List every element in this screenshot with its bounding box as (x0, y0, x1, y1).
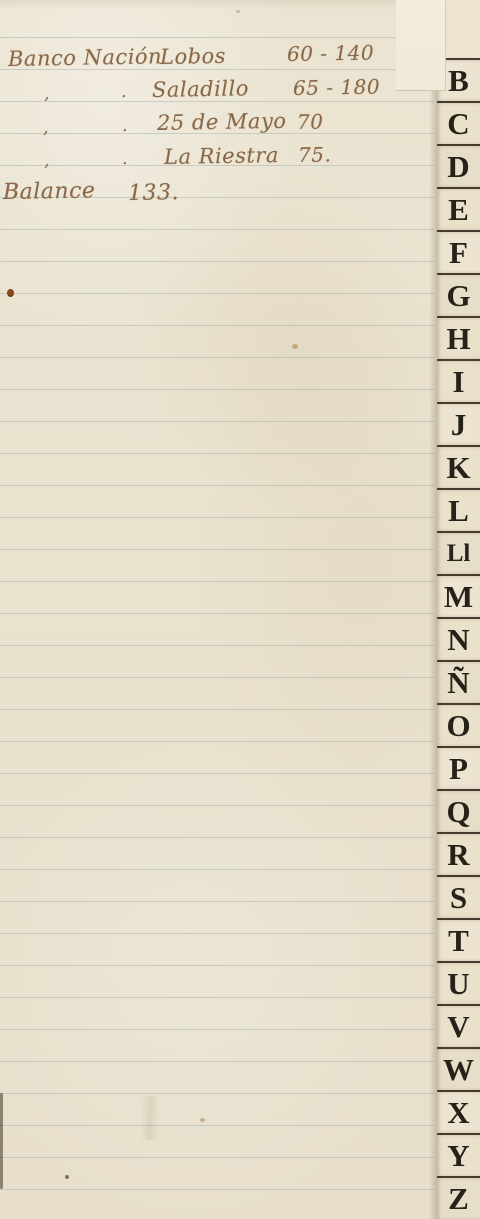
index-tab-f[interactable]: F (437, 230, 480, 273)
index-tab-u[interactable]: U (437, 961, 480, 1004)
index-tab-y[interactable]: Y (437, 1133, 480, 1176)
tab-letter: P (449, 753, 468, 784)
tab-letter: F (449, 237, 468, 268)
balance-folio: 133. (128, 180, 179, 206)
balance-label: Balance (3, 178, 96, 205)
tab-letter: B (448, 65, 469, 96)
tab-letter: C (447, 108, 469, 139)
tab-letter: I (452, 366, 464, 397)
index-tab-v[interactable]: V (437, 1004, 480, 1047)
tab-letter: Y (447, 1140, 469, 1171)
entry-folios: 60 - 140 (287, 40, 375, 66)
tab-letter: U (447, 968, 469, 999)
index-tab-m[interactable]: M (437, 574, 480, 617)
index-tab-t[interactable]: T (437, 918, 480, 961)
ditto-mark: . (121, 82, 127, 102)
tab-letter: X (447, 1097, 469, 1128)
entry-branch: 25 de Mayo (157, 109, 287, 135)
ledger-page: Banco Nación Lobos 60 - 140 , . Saladill… (0, 0, 480, 1219)
index-tab-i[interactable]: I (437, 359, 480, 402)
index-tab-x[interactable]: X (437, 1090, 480, 1133)
page-edge-strip (396, 0, 446, 91)
ditto-mark: , (43, 118, 49, 138)
entry-branch: La Riestra (164, 143, 279, 169)
tab-letter: H (446, 323, 470, 354)
ditto-mark: . (122, 149, 128, 169)
tab-letter: V (447, 1011, 469, 1042)
index-tab-q[interactable]: Q (437, 789, 480, 832)
index-tab-z[interactable]: Z (437, 1176, 480, 1219)
blank-corner-tab (445, 0, 480, 58)
entry-folios: 75. (298, 142, 332, 167)
tab-letter: J (451, 409, 467, 440)
ditto-mark: . (122, 116, 128, 136)
tab-groove-shadow (429, 58, 437, 1219)
index-tab-ñ[interactable]: Ñ (437, 660, 480, 703)
entry-branch: Saladillo (152, 76, 249, 102)
paper-speck (236, 10, 240, 13)
ditto-mark: , (44, 84, 50, 104)
tab-letter: T (448, 925, 469, 956)
index-tab-p[interactable]: P (437, 746, 480, 789)
index-tab-j[interactable]: J (437, 402, 480, 445)
index-tab-d[interactable]: D (437, 144, 480, 187)
index-tab-h[interactable]: H (437, 316, 480, 359)
index-tab-l[interactable]: L (437, 488, 480, 531)
tab-letter: Z (448, 1183, 469, 1214)
tab-letter: S (450, 882, 467, 913)
tab-letter: R (447, 839, 469, 870)
tab-letter: O (446, 710, 470, 741)
entry-folios: 70 (297, 110, 324, 134)
index-tab-k[interactable]: K (437, 445, 480, 488)
tab-letter: M (444, 581, 473, 612)
index-tab-g[interactable]: G (437, 273, 480, 316)
ditto-mark: , (44, 151, 50, 171)
index-tab-n[interactable]: N (437, 617, 480, 660)
tab-letter: E (448, 194, 469, 225)
ink-stain (7, 289, 14, 297)
entry-folios: 65 - 180 (293, 74, 381, 100)
tab-letter: Q (446, 796, 470, 827)
tab-letter: K (446, 452, 470, 483)
tab-letter: Ñ (447, 667, 469, 698)
paper-speck (292, 344, 298, 349)
tab-letter: G (446, 280, 470, 311)
entry-branch: Lobos (160, 44, 226, 69)
paper-speck (65, 1175, 69, 1179)
entry-institution: Banco Nación (8, 44, 163, 71)
tab-letter: W (443, 1054, 474, 1085)
index-tab-ll[interactable]: Ll (437, 531, 480, 574)
index-tab-r[interactable]: R (437, 832, 480, 875)
tab-letter: L (448, 495, 469, 526)
tab-letter: D (447, 151, 469, 182)
index-tab-w[interactable]: W (437, 1047, 480, 1090)
index-tab-c[interactable]: C (437, 101, 480, 144)
paper-crease (0, 1096, 300, 1140)
index-tab-e[interactable]: E (437, 187, 480, 230)
tab-letter: N (447, 624, 469, 655)
alphabet-tab-column: BCDEFGHIJKLLlMNÑOPQRSTUVWXYZ (437, 58, 480, 1219)
tab-letter: Ll (447, 541, 471, 566)
index-tab-o[interactable]: O (437, 703, 480, 746)
index-tab-s[interactable]: S (437, 875, 480, 918)
